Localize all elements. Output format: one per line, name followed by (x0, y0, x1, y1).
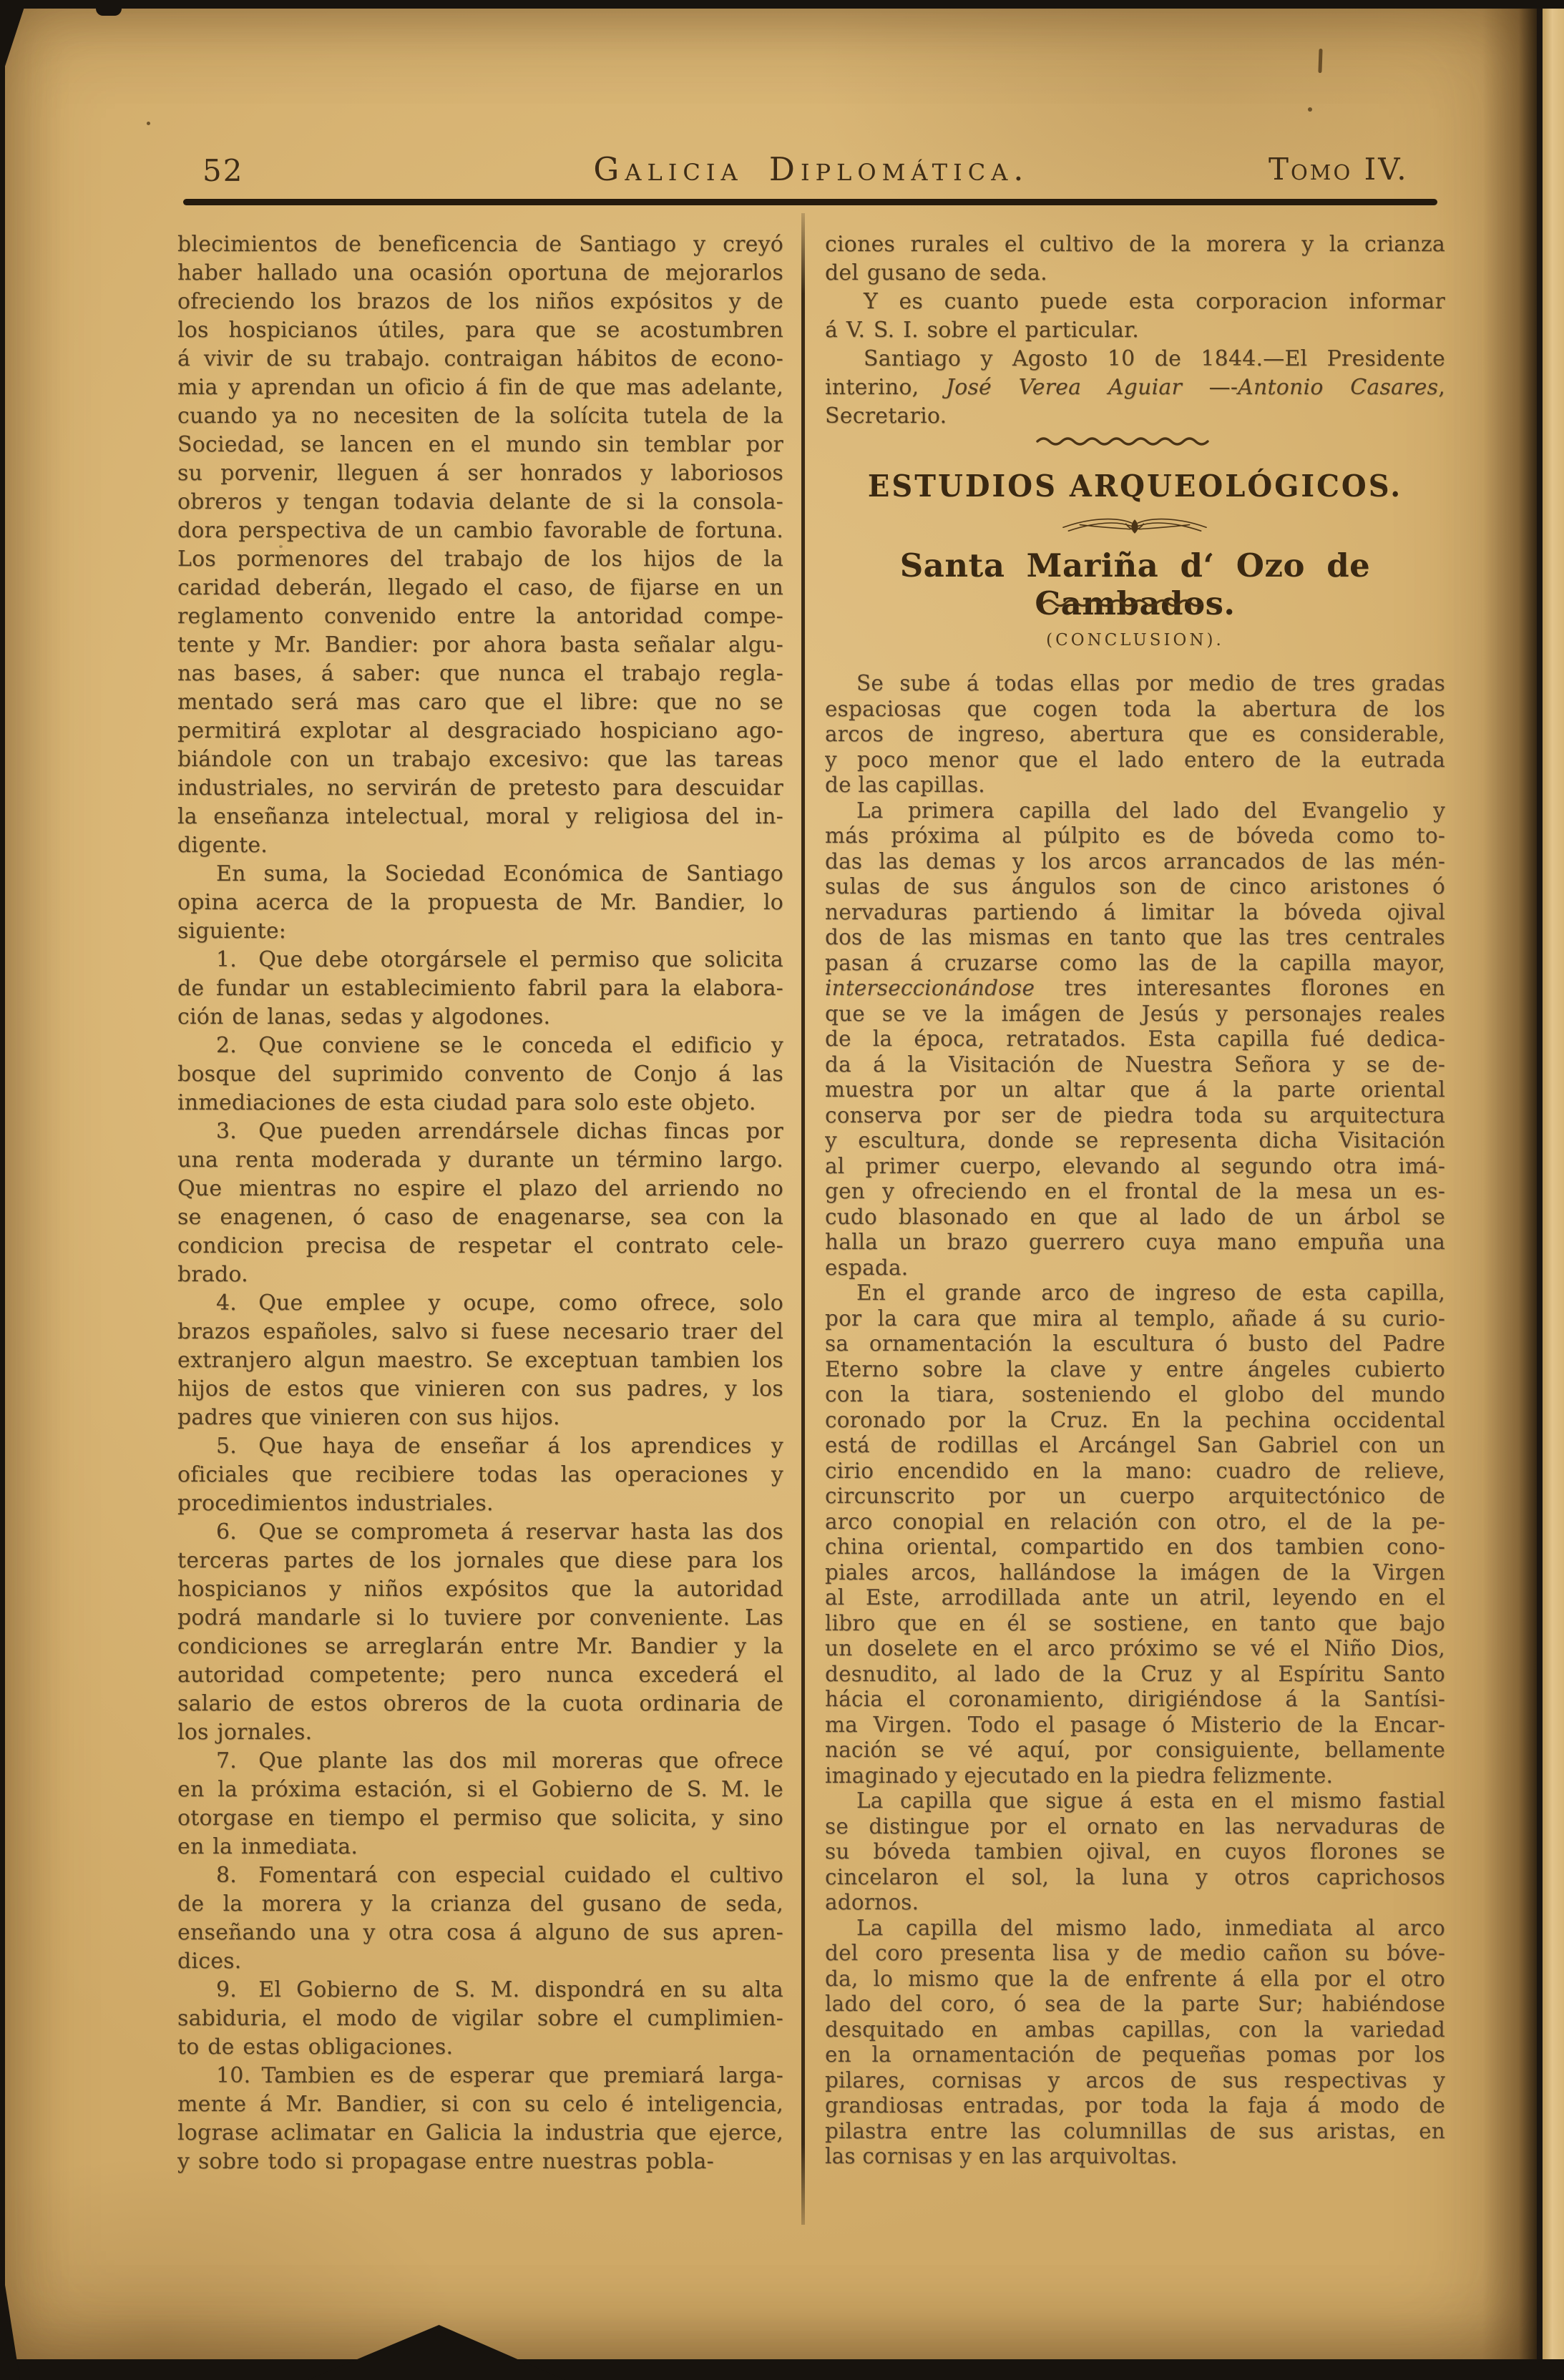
text-line: interseccionándose tres interesantes flo… (825, 976, 1445, 1002)
paragraph: En suma, la Sociedad Económica de Santia… (177, 860, 783, 946)
wavy-rule (1041, 597, 1206, 609)
text-line: otorgase en tiempo el permiso que solici… (177, 1804, 783, 1833)
text-line: La capilla del mismo lado, inmediata al … (825, 1916, 1445, 1941)
text-line: padres que vinieren con sus hijos. (177, 1404, 783, 1432)
text-line: obreros y tengan todavia delante de si l… (177, 488, 783, 516)
text-line: y poco menor que el lado entero de la eu… (825, 748, 1445, 773)
ink-speck (279, 545, 283, 548)
page-number: 52 (202, 153, 243, 188)
text-line: condiciones se arreglarán entre Mr. Band… (177, 1632, 783, 1661)
text-line: das las demas y los arcos arrancados de … (825, 849, 1445, 875)
paragraph: La primera capilla del lado del Evangeli… (825, 798, 1445, 1281)
text-line: biándole con un trabajo excesivo: que la… (177, 745, 783, 774)
text-line: sa ornamentación la escultura ó busto de… (825, 1331, 1445, 1357)
text-line: coronado por la Cruz. En la pechina occi… (825, 1408, 1445, 1434)
text-line: ciones rurales el cultivo de la morera y… (825, 230, 1445, 259)
text-line: á vivir de su trabajo. contraigan hábito… (177, 345, 783, 373)
paragraph: ciones rurales el cultivo de la morera y… (825, 230, 1445, 288)
text-line: mia y aprendan un oficio á fin de que ma… (177, 373, 783, 402)
text-line: permitirá explotar al desgraciado hospic… (177, 717, 783, 745)
text-line: En suma, la Sociedad Económica de Santia… (177, 860, 783, 888)
text-line: Los pormenores del trabajo de los hijos … (177, 545, 783, 574)
text-line: por la cara que mira al templo, añade á … (825, 1306, 1445, 1332)
ink-speck (147, 122, 150, 125)
text-line: con la tiara, sosteniendo el globo del m… (825, 1382, 1445, 1408)
text-line: inmediaciones de esta ciudad para solo e… (177, 1089, 783, 1117)
text-line: oficiales que recibiere todas las operac… (177, 1461, 783, 1489)
journal-title: Galicia Diplomática. (593, 150, 1029, 188)
wavy-rule (1035, 435, 1211, 448)
gutter-shadow-line (1537, 0, 1543, 2380)
text-line: lograse aclimatar en Galicia la industri… (177, 2119, 783, 2148)
text-line: halla un brazo guerrero cuya mano empuña… (825, 1230, 1445, 1255)
paragraph: 4. Que emplee y ocupe, como ofrece, solo… (177, 1289, 783, 1432)
ink-speck (1035, 1003, 1040, 1007)
text-line: china oriental, compartido en dos tambie… (825, 1534, 1445, 1560)
text-line: y escultura, donde se representa dicha V… (825, 1128, 1445, 1154)
text-line: 3. Que pueden arrendársele dichas fincas… (177, 1117, 783, 1146)
text-line: libro que en él se sostiene, en tanto qu… (825, 1611, 1445, 1637)
text-line: La primera capilla del lado del Evangeli… (825, 798, 1445, 824)
text-line: bosque del suprimido convento de Conjo á… (177, 1060, 783, 1089)
text-line: de fundar un establecimiento fabril para… (177, 974, 783, 1003)
text-line: to de estas obligaciones. (177, 2033, 783, 2062)
header-rule (183, 199, 1437, 205)
text-line: opina acerca de la propuesta de Mr. Band… (177, 888, 783, 917)
text-line: arco conopial en relación con otro, el d… (825, 1509, 1445, 1535)
scan-edge-top (0, 0, 1564, 9)
text-line: en la inmediata. (177, 1833, 783, 1861)
text-line: su bóveda tambien ojival, en cuyos floro… (825, 1839, 1445, 1865)
text-line: los hospicianos útiles, para que se acos… (177, 316, 783, 345)
text-line: está de rodillas el Arcángel San Gabriel… (825, 1433, 1445, 1459)
text-line: mentado será mas caro que el libre: que … (177, 688, 783, 717)
text-line: en la próxima estación, si el Gobierno d… (177, 1776, 783, 1804)
paragraph: Se sube á todas ellas por medio de tres … (825, 671, 1445, 798)
text-line: reglamento convenido entre la antoridad … (177, 602, 783, 631)
text-line: interino, José Verea Aguiar —-Antonio Ca… (825, 373, 1445, 402)
text-line: enseñando una y otra cosa á alguno de su… (177, 1919, 783, 1947)
text-line: lado del coro, ó sea de la parte Sur; ha… (825, 1992, 1445, 2017)
text-line: pilares, cornisas y arcos de sus respect… (825, 2068, 1445, 2094)
text-line: del coro presenta lisa y de medio cañon … (825, 1941, 1445, 1967)
text-line: á V. S. I. sobre el particular. (825, 316, 1445, 345)
article-title: Santa Mariña d‘ Ozo de Cambados. (825, 547, 1445, 622)
text-line: terceras partes de los jornales que dies… (177, 1547, 783, 1575)
text-line: dices. (177, 1947, 783, 1976)
text-line: digente. (177, 831, 783, 860)
paragraph: 10. Tambien es de esperar que premiará l… (177, 2062, 783, 2176)
text-line: su porvenir, lleguen á ser honrados y la… (177, 459, 783, 488)
text-line: sabiduria, el modo de vigilar sobre el c… (177, 2004, 783, 2033)
text-line: en la ornamentación de pequeñas pomas po… (825, 2042, 1445, 2068)
text-line: 2. Que conviene se le conceda el edifici… (177, 1032, 783, 1060)
text-line: hospicianos y niños expósitos que la aut… (177, 1575, 783, 1604)
text-line: al primer cuerpo, elevando al segundo ot… (825, 1154, 1445, 1180)
text-line: 10. Tambien es de esperar que premiará l… (177, 2062, 783, 2090)
text-line: desquitado en ambas capillas, con la var… (825, 2017, 1445, 2043)
scan-edge-left (0, 0, 5, 2380)
text-line: ción de lanas, sedas y algodones. (177, 1003, 783, 1032)
text-line: 6. Que se comprometa á reservar hasta la… (177, 1518, 783, 1547)
text-line: sulas de sus ángulos son de cinco aristo… (825, 874, 1445, 900)
text-line: blecimientos de beneficencia de Santiago… (177, 230, 783, 259)
text-line: un doselete en el arco próximo se vé el … (825, 1636, 1445, 1662)
text-line: se enagenen, ó caso de enagenarse, sea c… (177, 1203, 783, 1232)
text-line: de la morera y la crianza del gusano de … (177, 1890, 783, 1919)
text-line: 5. Que haya de enseñar á los aprendices … (177, 1432, 783, 1461)
text-line: hijos de estos que vinieren con sus padr… (177, 1375, 783, 1404)
left-column-text: blecimientos de beneficencia de Santiago… (177, 230, 783, 2176)
text-line: haber hallado una ocasión oportuna de me… (177, 259, 783, 288)
text-line: La capilla que sigue á esta en el mismo … (825, 1788, 1445, 1814)
text-line: desnudito, al lado de la Cruz y al Espír… (825, 1662, 1445, 1688)
text-line: dora perspectiva de un cambio favorable … (177, 516, 783, 545)
text-line: salario de estos obreros de la cuota ord… (177, 1690, 783, 1718)
text-line: siguiente: (177, 917, 783, 946)
text-line: Sociedad, se lancen en el mundo sin temb… (177, 431, 783, 459)
text-line: autoridad competente; pero nunca exceder… (177, 1661, 783, 1690)
text-line: los jornales. (177, 1718, 783, 1747)
text-line: cudo blasonado en que al lado de un árbo… (825, 1205, 1445, 1230)
text-line: extranjero algun maestro. Se exceptuan t… (177, 1346, 783, 1375)
scan-edge-bottom (0, 2359, 1564, 2380)
paragraph: 3. Que pueden arrendársele dichas fincas… (177, 1117, 783, 1289)
paragraph: La capilla que sigue á esta en el mismo … (825, 1788, 1445, 1916)
text-line: más próxima al púlpito es de bóveda como… (825, 823, 1445, 849)
ink-speck (1308, 107, 1312, 112)
text-line: se distingue por el ornato en las nervad… (825, 1814, 1445, 1840)
text-line: del gusano de seda. (825, 259, 1445, 288)
paragraph: 6. Que se comprometa á reservar hasta la… (177, 1518, 783, 1747)
text-line: piales arcos, hallándose la imágen de la… (825, 1560, 1445, 1586)
text-line: de las capillas. (825, 773, 1445, 798)
text-line: gen y ofreciendo en el frontal de la mes… (825, 1179, 1445, 1205)
text-line: 4. Que emplee y ocupe, como ofrece, solo (177, 1289, 783, 1318)
text-line: condicion precisa de respetar el contrat… (177, 1232, 783, 1260)
text-line: En el grande arco de ingreso de esta cap… (825, 1280, 1445, 1306)
text-line: podrá mandarle si lo tuviere por conveni… (177, 1604, 783, 1632)
text-line: arcos de ingreso, abertura que es consid… (825, 722, 1445, 748)
text-line: 9. El Gobierno de S. M. dispondrá en su … (177, 1976, 783, 2004)
section-heading: ESTUDIOS ARQUEOLÓGICOS. (825, 469, 1445, 504)
text-line: imaginado y ejecutado en la piedra feliz… (825, 1763, 1445, 1789)
text-line: cirio encendido en la mano: cuadro de re… (825, 1459, 1445, 1484)
text-line: conserva por ser de piedra toda su arqui… (825, 1103, 1445, 1129)
paragraph: En el grande arco de ingreso de esta cap… (825, 1280, 1445, 1788)
right-column-body-text: Se sube á todas ellas por medio de tres … (825, 671, 1445, 2170)
paragraph: blecimientos de beneficencia de Santiago… (177, 230, 783, 860)
text-line: espada. (825, 1255, 1445, 1281)
text-line: nervaduras partiendo á limitar la bóveda… (825, 900, 1445, 926)
paragraph: 1. Que debe otorgársele el permiso que s… (177, 946, 783, 1032)
text-line: al Este, arrodillada ante un atril, leye… (825, 1585, 1445, 1611)
text-line: circunscrito por un cuerpo arquitectónic… (825, 1484, 1445, 1509)
paragraph: 5. Que haya de enseñar á los aprendices … (177, 1432, 783, 1518)
text-line: da, lo mismo que la de enfrente á ella p… (825, 1967, 1445, 1992)
scan-edge-notch (96, 7, 122, 16)
paragraph: 7. Que plante las dos mil moreras que of… (177, 1747, 783, 1861)
volume-label: Tomo IV. (1269, 152, 1409, 187)
text-line: 1. Que debe otorgársele el permiso que s… (177, 946, 783, 974)
text-line: muestra por un altar que á la parte orie… (825, 1077, 1445, 1103)
text-line: nación se vé aquí, por consiguiente, bel… (825, 1738, 1445, 1763)
text-line: Y es cuanto puede esta corporacion infor… (825, 288, 1445, 316)
text-line: Secretario. (825, 402, 1445, 431)
text-line: pilastra entre las columnillas de sus ar… (825, 2119, 1445, 2145)
gutter-crease (1482, 0, 1538, 2380)
text-line: adornos. (825, 1890, 1445, 1916)
paragraph: Y es cuanto puede esta corporacion infor… (825, 288, 1445, 345)
fleuron-ornament (1060, 514, 1210, 539)
conclusion-label: (CONCLUSION). (825, 631, 1445, 650)
paragraph: 9. El Gobierno de S. M. dispondrá en su … (177, 1976, 783, 2062)
text-line: hácia el coronamiento, dirigiéndose á la… (825, 1687, 1445, 1713)
text-line: pasan á cruzarse como las de la capilla … (825, 951, 1445, 976)
text-line: dos de las mismas en tanto que las tres … (825, 925, 1445, 951)
text-line: grandiosas entradas, por toda la faja á … (825, 2093, 1445, 2119)
text-line: cuando ya no necesiten de la solícita tu… (177, 402, 783, 431)
text-line: Que mientras no espire el plazo del arri… (177, 1175, 783, 1203)
text-line: mente á Mr. Bandier, si con su celo é in… (177, 2090, 783, 2119)
paragraph: 2. Que conviene se le conceda el edifici… (177, 1032, 783, 1117)
right-column-top-text: ciones rurales el cultivo de la morera y… (825, 230, 1445, 431)
paragraph: La capilla del mismo lado, inmediata al … (825, 1916, 1445, 2170)
column-divider-rule (801, 213, 805, 2225)
text-line: Se sube á todas ellas por medio de tres … (825, 671, 1445, 697)
text-line: espaciosas que cogen toda la abertura de… (825, 697, 1445, 723)
adjacent-page-edge (1543, 6, 1564, 2367)
text-line: Eterno sobre la clave y entre ángeles cu… (825, 1357, 1445, 1383)
text-line: da á la Visitación de Nuestra Señora y s… (825, 1052, 1445, 1078)
text-line: industriales, no servirán de pretesto pa… (177, 774, 783, 803)
text-line: la enseñanza intelectual, moral y religi… (177, 803, 783, 831)
text-line: procedimientos industriales. (177, 1489, 783, 1518)
text-line: una renta moderada y durante un término … (177, 1146, 783, 1175)
text-line: y sobre todo si propagase entre nuestras… (177, 2148, 783, 2176)
text-line: caridad deberán, llegado el caso, de fij… (177, 574, 783, 602)
text-line: de la época, retratados. Esta capilla fu… (825, 1027, 1445, 1052)
text-line: tente y Mr. Bandier: por ahora basta señ… (177, 631, 783, 660)
text-line: 7. Que plante las dos mil moreras que of… (177, 1747, 783, 1776)
text-line: Santiago y Agosto 10 de 1844.—El Preside… (825, 345, 1445, 373)
text-line: las cornisas y en las arquivoltas. (825, 2144, 1445, 2170)
paragraph: 8. Fomentará con especial cuidado el cul… (177, 1861, 783, 1976)
paragraph: Santiago y Agosto 10 de 1844.—El Preside… (825, 345, 1445, 431)
text-line: nas bases, á saber: que nunca el trabajo… (177, 660, 783, 688)
text-line: brado. (177, 1260, 783, 1289)
text-line: que se ve la imágen de Jesús y personaje… (825, 1002, 1445, 1027)
text-line: ofreciendo los brazos de los niños expós… (177, 288, 783, 316)
text-line: 8. Fomentará con especial cuidado el cul… (177, 1861, 783, 1890)
text-line: cincelaron el sol, la luna y otros capri… (825, 1865, 1445, 1891)
text-line: ma Virgen. Todo el pasage ó Misterio de … (825, 1713, 1445, 1738)
scanned-journal-page: 52 Galicia Diplomática. Tomo IV. blecimi… (0, 0, 1564, 2380)
text-line: brazos españoles, salvo si fuese necesar… (177, 1318, 783, 1346)
